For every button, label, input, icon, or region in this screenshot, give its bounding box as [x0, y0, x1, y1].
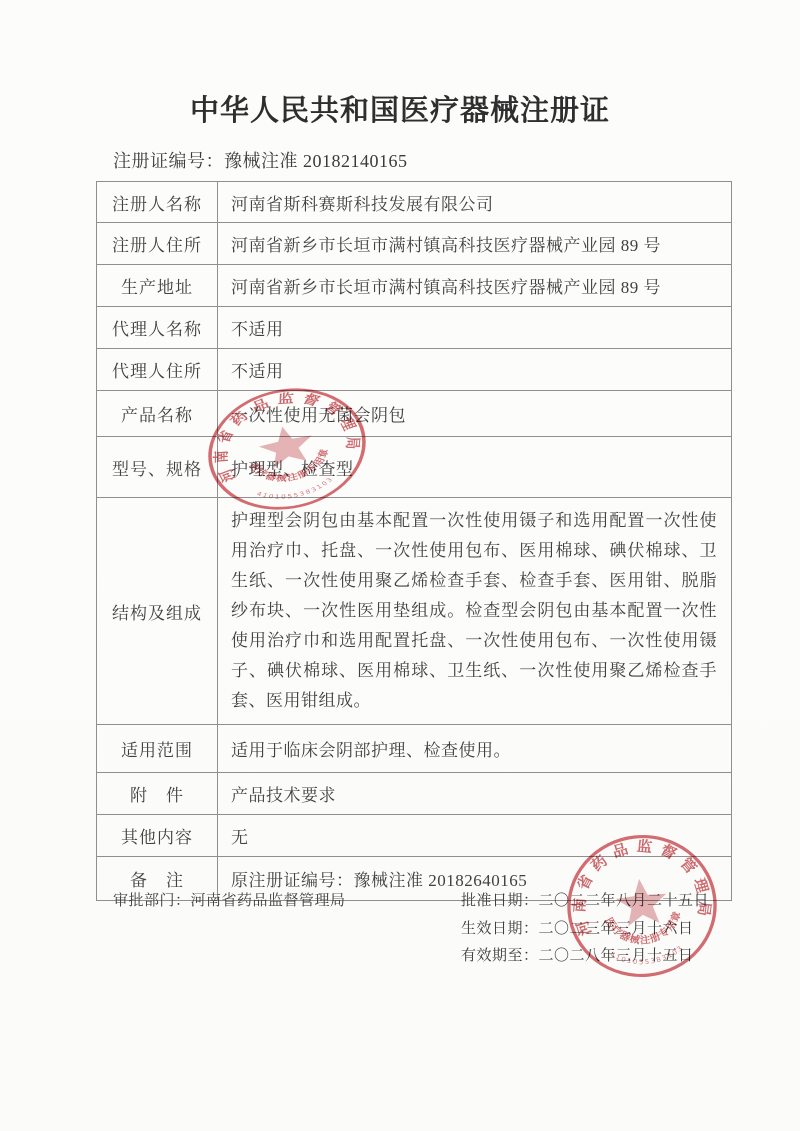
table-row: 附 件 产品技术要求 — [97, 773, 732, 815]
row-value: 不适用 — [218, 349, 732, 391]
row-label: 结构及组成 — [97, 498, 218, 725]
table-row: 型号、规格 护理型、检查型 — [97, 437, 732, 498]
table-row: 生产地址 河南省新乡市长垣市满村镇高科技医疗器械产业园 89 号 — [97, 265, 732, 307]
table-row: 其他内容 无 — [97, 815, 732, 857]
table-row: 适用范围 适用于临床会阴部护理、检查使用。 — [97, 725, 732, 773]
row-label: 产品名称 — [97, 391, 218, 437]
effective-date-value: 二〇二三年三月十六日 — [539, 921, 694, 937]
effective-date-label: 生效日期： — [461, 921, 539, 937]
expiry-date-line: 有效期至：二〇二八年三月十五日 — [461, 943, 709, 971]
approval-department-label: 审批部门： — [113, 893, 191, 909]
table-row: 结构及组成 护理型会阴包由基本配置一次性使用镊子和选用配置一次性使用治疗巾、托盘… — [97, 498, 732, 725]
row-value: 一次性使用无菌会阴包 — [218, 391, 732, 437]
row-label: 适用范围 — [97, 725, 218, 773]
row-value: 河南省新乡市长垣市满村镇高科技医疗器械产业园 89 号 — [218, 223, 732, 265]
row-value: 无 — [218, 815, 732, 857]
approval-department-value: 河南省药品监督管理局 — [191, 893, 346, 909]
date-block: 批准日期：二〇二二年八月二十五日 生效日期：二〇二三年三月十六日 有效期至：二〇… — [461, 888, 709, 971]
page-title: 中华人民共和国医疗器械注册证 — [0, 88, 800, 129]
approval-date-value: 二〇二二年八月二十五日 — [539, 893, 710, 909]
expiry-date-label: 有效期至： — [461, 948, 539, 964]
effective-date-line: 生效日期：二〇二三年三月十六日 — [461, 916, 709, 944]
row-value: 河南省新乡市长垣市满村镇高科技医疗器械产业园 89 号 — [218, 265, 732, 307]
row-label: 型号、规格 — [97, 437, 218, 498]
row-label: 附 件 — [97, 773, 218, 815]
row-value: 护理型、检查型 — [218, 437, 732, 498]
row-label: 代理人住所 — [97, 349, 218, 391]
row-label: 其他内容 — [97, 815, 218, 857]
table-row: 代理人住所 不适用 — [97, 349, 732, 391]
row-value: 产品技术要求 — [218, 773, 732, 815]
row-value: 河南省斯科赛斯科技发展有限公司 — [218, 182, 732, 223]
row-label: 注册人名称 — [97, 182, 218, 223]
row-value: 护理型会阴包由基本配置一次性使用镊子和选用配置一次性使用治疗巾、托盘、一次性使用… — [218, 498, 732, 725]
table-row: 注册人名称 河南省斯科赛斯科技发展有限公司 — [97, 182, 732, 223]
cert-number-value: 豫械注准 20182140165 — [224, 151, 408, 171]
row-label: 生产地址 — [97, 265, 218, 307]
table-row: 代理人名称 不适用 — [97, 307, 732, 349]
approval-department-line: 审批部门：河南省药品监督管理局 — [113, 889, 346, 910]
table-row: 产品名称 一次性使用无菌会阴包 — [97, 391, 732, 437]
approval-date-line: 批准日期：二〇二二年八月二十五日 — [461, 888, 709, 916]
cert-number-line: 注册证编号：豫械注准 20182140165 — [113, 147, 408, 173]
approval-date-label: 批准日期： — [461, 893, 539, 909]
row-value: 适用于临床会阴部护理、检查使用。 — [218, 725, 732, 773]
certificate-table: 注册人名称 河南省斯科赛斯科技发展有限公司 注册人住所 河南省新乡市长垣市满村镇… — [96, 181, 732, 901]
certificate-page: 中华人民共和国医疗器械注册证 注册证编号：豫械注准 20182140165 注册… — [0, 0, 800, 1131]
row-label: 注册人住所 — [97, 223, 218, 265]
row-label: 代理人名称 — [97, 307, 218, 349]
row-value: 不适用 — [218, 307, 732, 349]
table-row: 注册人住所 河南省新乡市长垣市满村镇高科技医疗器械产业园 89 号 — [97, 223, 732, 265]
expiry-date-value: 二〇二八年三月十五日 — [539, 948, 694, 964]
cert-number-label: 注册证编号： — [113, 151, 224, 171]
